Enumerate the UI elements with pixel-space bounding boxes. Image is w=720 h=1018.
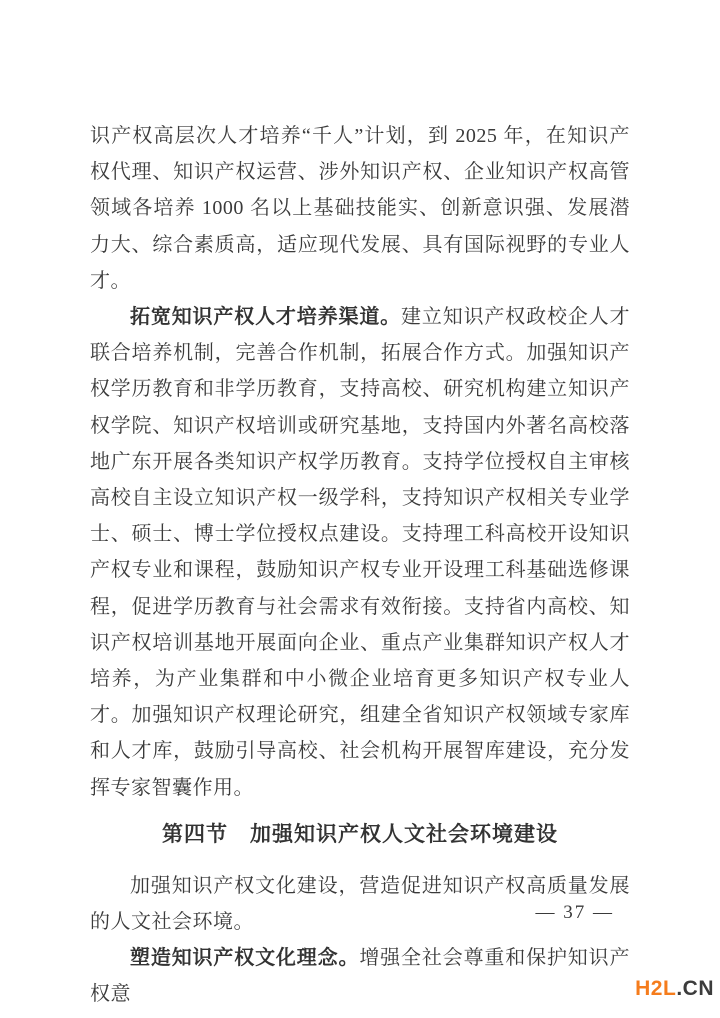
- watermark-logo: H2L.CN: [635, 977, 714, 1001]
- watermark-primary-text: H2L: [635, 977, 676, 1000]
- paragraph-talent-channels: 拓宽知识产权人才培养渠道。建立知识产权政校企人才联合培养机制，完善合作机制，拓展…: [90, 299, 630, 806]
- page-number: — 37 —: [536, 902, 615, 924]
- paragraph-continuation: 识产权高层次人才培养“千人”计划，到 2025 年，在知识产权代理、知识产权运营…: [90, 118, 630, 299]
- paragraph-talent-channels-lead: 拓宽知识产权人才培养渠道。: [130, 306, 401, 328]
- document-page: 识产权高层次人才培养“千人”计划，到 2025 年，在知识产权代理、知识产权运营…: [0, 0, 720, 1018]
- paragraph-culture-concept: 塑造知识产权文化理念。增强全社会尊重和保护知识产权意: [90, 940, 630, 1012]
- section-heading: 第四节 加强知识产权人文社会环境建设: [90, 816, 630, 852]
- watermark-secondary-text: .CN: [676, 977, 714, 1000]
- document-content: 识产权高层次人才培养“千人”计划，到 2025 年，在知识产权代理、知识产权运营…: [90, 118, 630, 1013]
- paragraph-talent-channels-body: 建立知识产权政校企人才联合培养机制，完善合作机制，拓展合作方式。加强知识产权学历…: [90, 306, 630, 799]
- paragraph-culture-concept-lead: 塑造知识产权文化理念。: [130, 947, 359, 969]
